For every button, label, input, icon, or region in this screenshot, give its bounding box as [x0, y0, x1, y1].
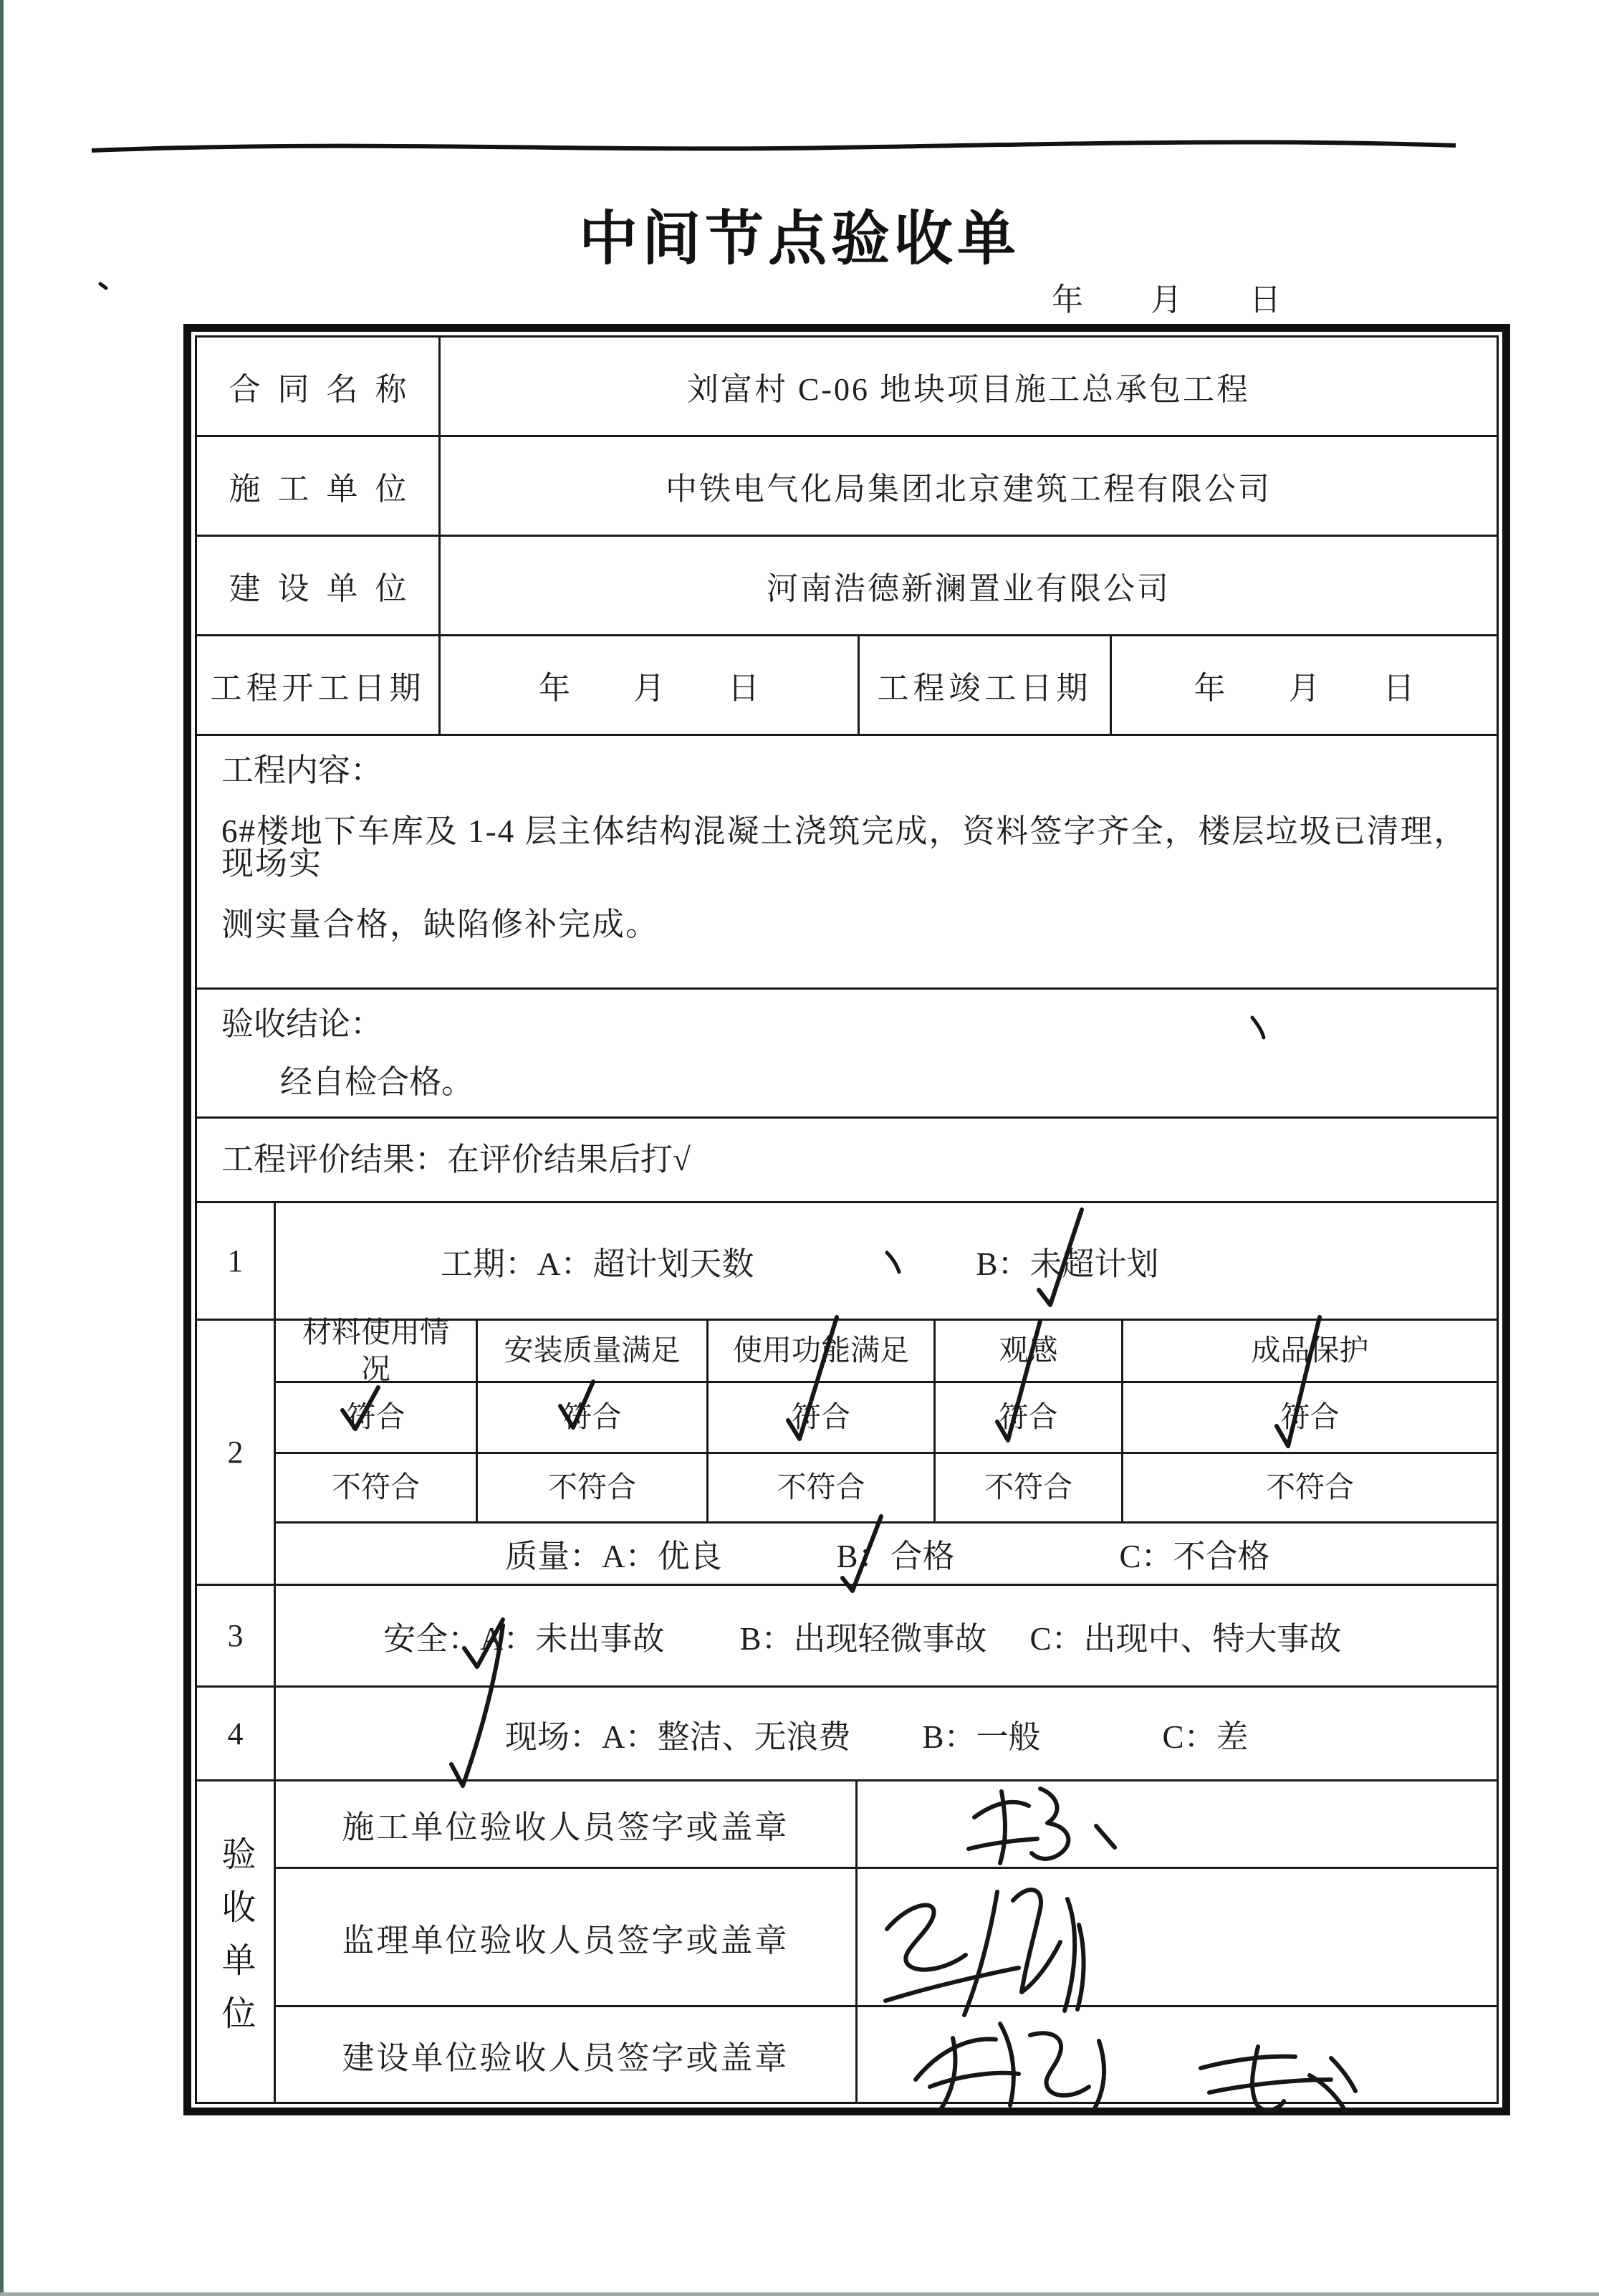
schedule-option-a: A：超计划天数 [537, 1238, 754, 1284]
scanned-acceptance-form-page: { "header": { "title": "中间节点验收单", "date_… [0, 0, 1599, 2296]
materials-conform-row: 符合 符合 符合 符合 符合 [276, 1383, 1497, 1454]
form-table: 合同名称 刘富村 C-06 地块项目施工总承包工程 施工单位 中铁电气化局集团北… [195, 335, 1499, 2104]
dates-row: 工程开工日期 年 月 日 工程竣工日期 年 月 日 [197, 636, 1497, 736]
conform-usage: 符合 [276, 1383, 478, 1452]
conform-function: 符合 [709, 1383, 936, 1452]
schedule-option-b: B：未超计划 [976, 1238, 1159, 1284]
builder-signature-row: 建设单位验收人员签字或盖章 [276, 2007, 1497, 2102]
construction-unit-value: 中铁电气化局集团北京建筑工程有限公司 [441, 437, 1497, 535]
nonconform-product-protection: 不符合 [1123, 1454, 1497, 1521]
building-unit-label: 建设单位 [197, 537, 441, 634]
quality-option-b: B：合格 [837, 1530, 955, 1577]
construction-signature-area [858, 1781, 1497, 1867]
acceptance-section: 验收单位 施工单位验收人员签字或盖章 监理单位验收人员签字或盖章 建设单位验收人… [197, 1781, 1497, 2102]
materials-table: 材料使用情况 安装质量满足 使用功能满足 观感 成品保护 符合 符合 符合 符合… [276, 1321, 1497, 1584]
builder-signature-label: 建设单位验收人员签字或盖章 [276, 2007, 858, 2102]
site-options: 现场： A：整洁、无浪费 B：一般 C：差 [276, 1688, 1497, 1779]
site-option-a: A：整洁、无浪费 [602, 1711, 851, 1757]
builder-signature-area [858, 2007, 1497, 2102]
start-date-value: 年 月 日 [441, 636, 860, 734]
project-content-section: 工程内容： 6#楼地下车库及 1-4 层主体结构混凝土浇筑完成，资料签字齐全，楼… [197, 736, 1497, 990]
project-content-heading: 工程内容： [221, 755, 1472, 787]
quality-option-a: A：优良 [602, 1530, 722, 1577]
materials-header-product-protection: 成品保护 [1123, 1321, 1497, 1381]
item-number-4: 4 [197, 1688, 276, 1779]
supervision-signature-row: 监理单位验收人员签字或盖章 [276, 1869, 1497, 2007]
construction-unit-row: 施工单位 中铁电气化局集团北京建筑工程有限公司 [197, 437, 1497, 537]
schedule-options: 工期： A：超计划天数 B：未超计划 [276, 1203, 1497, 1319]
site-option-b: B：一般 [923, 1711, 1041, 1757]
quality-label: 质量： [505, 1530, 602, 1577]
scan-edge-left [0, 0, 4, 2296]
materials-nonconform-row: 不符合 不符合 不符合 不符合 不符合 [276, 1454, 1497, 1524]
supervision-signature-area [858, 1869, 1497, 2005]
project-content-line1: 6#楼地下车库及 1-4 层主体结构混凝土浇筑完成，资料签字齐全，楼层垃圾已清理… [221, 815, 1472, 880]
construction-signature-row: 施工单位验收人员签字或盖章 [276, 1781, 1497, 1869]
top-horizontal-rule [0, 0, 1599, 172]
item-number-3: 3 [197, 1586, 276, 1685]
conclusion-heading: 验收结论： [221, 1008, 1472, 1041]
materials-header-row: 材料使用情况 安装质量满足 使用功能满足 观感 成品保护 [276, 1321, 1497, 1383]
site-option-c: C：差 [1163, 1711, 1249, 1757]
safety-option-b: B：出现轻微事故 [740, 1612, 987, 1659]
form-frame: 合同名称 刘富村 C-06 地块项目施工总承包工程 施工单位 中铁电气化局集团北… [183, 324, 1510, 2115]
nonconform-install-quality: 不符合 [478, 1454, 709, 1521]
safety-label: 安全： [383, 1612, 480, 1659]
contract-name-label: 合同名称 [197, 338, 441, 435]
conclusion-section: 验收结论： 经自检合格。 [197, 990, 1497, 1119]
contract-name-row: 合同名称 刘富村 C-06 地块项目施工总承包工程 [197, 338, 1497, 437]
item-number-1: 1 [197, 1203, 276, 1319]
materials-header-install-quality: 安装质量满足 [478, 1321, 709, 1381]
nonconform-appearance: 不符合 [936, 1454, 1123, 1521]
conform-product-protection: 符合 [1123, 1383, 1497, 1452]
start-date-label: 工程开工日期 [197, 636, 441, 734]
building-unit-value: 河南浩德新澜置业有限公司 [441, 537, 1497, 634]
safety-option-c: C：出现中、特大事故 [1030, 1612, 1342, 1659]
building-unit-row: 建设单位 河南浩德新澜置业有限公司 [197, 537, 1497, 636]
end-date-label: 工程竣工日期 [860, 636, 1112, 734]
materials-header-function: 使用功能满足 [709, 1321, 936, 1381]
header-date-line: 年 月 日 [1052, 274, 1282, 320]
item-number-2: 2 [197, 1321, 276, 1584]
safety-options: 安全： A：未出事故 B：出现轻微事故 C：出现中、特大事故 [276, 1586, 1497, 1685]
item-row-safety: 3 安全： A：未出事故 B：出现轻微事故 C：出现中、特大事故 [197, 1586, 1497, 1688]
supervision-signature-label: 监理单位验收人员签字或盖章 [276, 1869, 858, 2005]
acceptance-rows: 施工单位验收人员签字或盖章 监理单位验收人员签字或盖章 建设单位验收人员签字或盖… [276, 1781, 1497, 2102]
schedule-label: 工期： [441, 1238, 537, 1284]
conform-install-quality: 符合 [478, 1383, 709, 1452]
materials-header-appearance: 观感 [936, 1321, 1123, 1381]
conclusion-text: 经自检合格。 [280, 1066, 1472, 1099]
conform-appearance: 符合 [936, 1383, 1123, 1452]
page-title: 中间节点验收单 [0, 192, 1599, 276]
safety-option-a: A：未出事故 [480, 1612, 665, 1659]
site-label: 现场： [505, 1711, 602, 1757]
project-content-line2: 测实量合格，缺陷修补完成。 [221, 909, 1472, 941]
construction-unit-label: 施工单位 [197, 437, 441, 535]
quality-option-c: C：不合格 [1120, 1530, 1270, 1577]
materials-header-usage: 材料使用情况 [276, 1321, 478, 1381]
nonconform-function: 不符合 [709, 1454, 936, 1521]
stray-pen-dot [100, 284, 106, 288]
scan-edge-bottom [0, 2292, 1599, 2296]
end-date-value: 年 月 日 [1112, 636, 1497, 734]
item-row-schedule: 1 工期： A：超计划天数 B：未超计划 [197, 1203, 1497, 1321]
acceptance-side-label-cell: 验收单位 [197, 1781, 276, 2102]
item-row-site: 4 现场： A：整洁、无浪费 B：一般 C：差 [197, 1688, 1497, 1781]
evaluation-header: 工程评价结果：在评价结果后打√ [197, 1119, 1497, 1203]
quality-options-row: 质量： A：优良 B：合格 C：不合格 [276, 1524, 1497, 1584]
nonconform-usage: 不符合 [276, 1454, 478, 1521]
acceptance-side-label: 验收单位 [211, 1836, 260, 2048]
item-row-materials: 2 材料使用情况 安装质量满足 使用功能满足 观感 成品保护 符合 符合 符合 … [197, 1321, 1497, 1586]
contract-name-value: 刘富村 C-06 地块项目施工总承包工程 [441, 338, 1497, 435]
construction-signature-label: 施工单位验收人员签字或盖章 [276, 1781, 858, 1867]
